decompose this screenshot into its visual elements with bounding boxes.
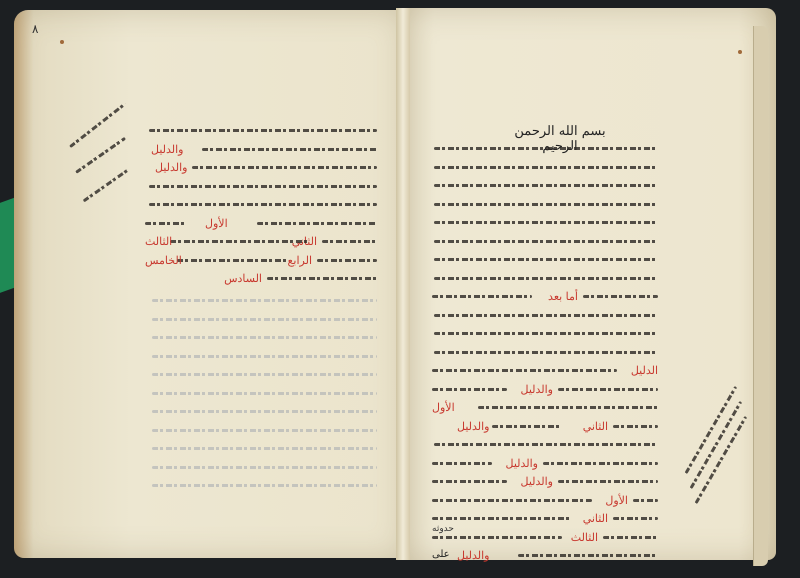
text-line: والدليل bbox=[145, 141, 377, 160]
text-line: الأول bbox=[145, 215, 377, 234]
last-word: على bbox=[432, 549, 450, 560]
rubric: الأول bbox=[605, 494, 628, 507]
rubric: والدليل bbox=[457, 420, 490, 433]
rubric: الثاني bbox=[583, 512, 608, 525]
rubric: والدليل bbox=[457, 549, 490, 562]
rubric: أما بعد bbox=[548, 290, 578, 303]
rubric: والدليل bbox=[521, 383, 554, 396]
rubric: والدليل bbox=[155, 161, 188, 174]
text-line: الرابعالخامس bbox=[145, 252, 377, 271]
rubric: الثالث bbox=[145, 235, 172, 248]
rubric: الثالث bbox=[571, 531, 598, 544]
rubric: السادس bbox=[224, 272, 262, 285]
rubric: الخامس bbox=[145, 254, 182, 267]
catchword: حدوثه bbox=[432, 524, 454, 534]
rubric: الدليل bbox=[631, 364, 658, 377]
rubric: الرابع bbox=[288, 254, 312, 267]
page-edge-stack bbox=[753, 26, 768, 566]
folio-number: ٨ bbox=[32, 22, 38, 36]
text-line: الثانيالثالث bbox=[145, 233, 377, 252]
rubric: الثاني bbox=[583, 420, 608, 433]
ink-spot bbox=[60, 40, 64, 44]
book-gutter bbox=[396, 8, 410, 560]
rubric: الأول bbox=[432, 401, 455, 414]
rubric: الأول bbox=[205, 217, 228, 230]
rubric: والدليل bbox=[521, 475, 554, 488]
text-line: السادس bbox=[145, 270, 377, 289]
ink-spot bbox=[738, 50, 742, 54]
show-through-text bbox=[145, 292, 377, 496]
rubric: والدليل bbox=[151, 143, 184, 156]
text-line bbox=[145, 196, 377, 215]
right-page-text-block: أما بعد الدليل والدليل الأول الثانيوالدل… bbox=[432, 140, 658, 566]
text-line bbox=[145, 122, 377, 141]
text-line bbox=[145, 178, 377, 197]
left-page-text-block: والدليل والدليل الأول الثانيالثالث الراب… bbox=[145, 122, 377, 289]
rubric: والدليل bbox=[506, 457, 539, 470]
text-line: والدليل bbox=[145, 159, 377, 178]
